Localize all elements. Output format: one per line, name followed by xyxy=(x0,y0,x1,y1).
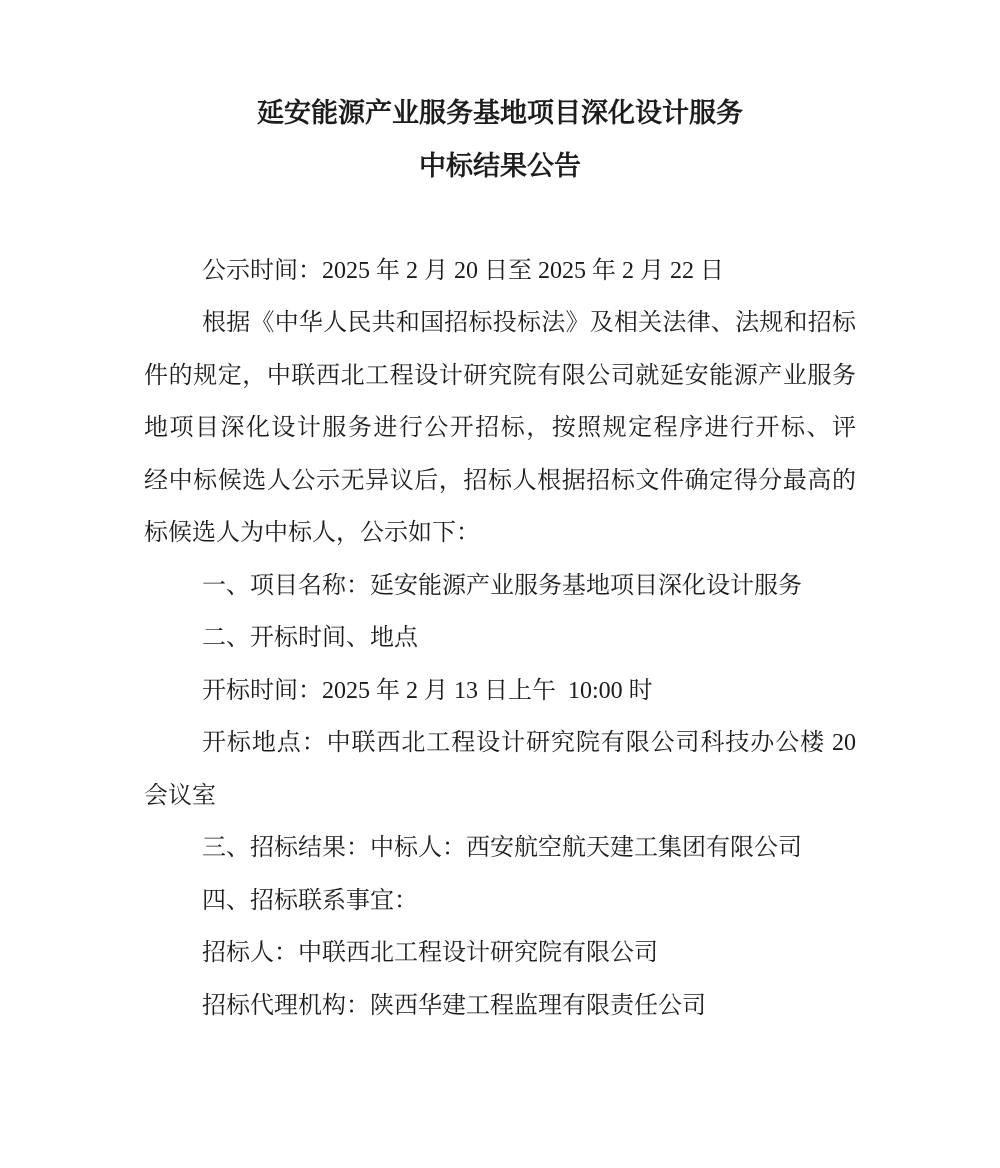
publicity-period-line: 公示时间：2025 年 2 月 20 日至 2025 年 2 月 22 日 xyxy=(144,245,856,298)
announcement-document-page: 延安能源产业服务基地项目深化设计服务 中标结果公告 公示时间：2025 年 2 … xyxy=(0,0,1000,1168)
section-2-heading: 二、开标时间、地点 xyxy=(144,612,856,665)
section-4-heading: 四、招标联系事宜： xyxy=(144,875,856,928)
legal-basis-line-5: 标候选人为中标人，公示如下： xyxy=(144,507,856,560)
legal-basis-line-4: 经中标候选人公示无异议后，招标人根据招标文件确定得分最高的中 xyxy=(144,455,856,508)
tenderer-line: 招标人：中联西北工程设计研究院有限公司 xyxy=(144,927,856,980)
legal-basis-line-3: 地项目深化设计服务进行公开招标，按照规定程序进行开标、评标， xyxy=(144,402,856,455)
legal-basis-line-2: 件的规定，中联西北工程设计研究院有限公司就延安能源产业服务基 xyxy=(144,350,856,403)
blank-line xyxy=(144,192,856,245)
document-title-line-1: 延安能源产业服务基地项目深化设计服务 xyxy=(144,87,856,140)
section-3-bid-result-line: 三、招标结果：中标人：西安航空航天建工集团有限公司 xyxy=(144,822,856,875)
bid-opening-place-line-1: 开标地点：中联西北工程设计研究院有限公司科技办公楼 20 楼 xyxy=(144,717,856,770)
agency-line: 招标代理机构：陕西华建工程监理有限责任公司 xyxy=(144,980,856,1033)
document-title-line-2: 中标结果公告 xyxy=(144,140,856,193)
bid-opening-time-line: 开标时间：2025 年 2 月 13 日上午 10:00 时 xyxy=(144,665,856,718)
bid-opening-place-line-2: 会议室 xyxy=(144,770,856,823)
document-content: 延安能源产业服务基地项目深化设计服务 中标结果公告 公示时间：2025 年 2 … xyxy=(144,87,856,1085)
contact-line: 联系人：朱工电话：13709249356 xyxy=(144,1032,856,1085)
legal-basis-line-1: 根据《中华人民共和国招标投标法》及相关法律、法规和招标文 xyxy=(144,297,856,350)
section-1-project-name: 一、项目名称：延安能源产业服务基地项目深化设计服务 xyxy=(144,560,856,613)
